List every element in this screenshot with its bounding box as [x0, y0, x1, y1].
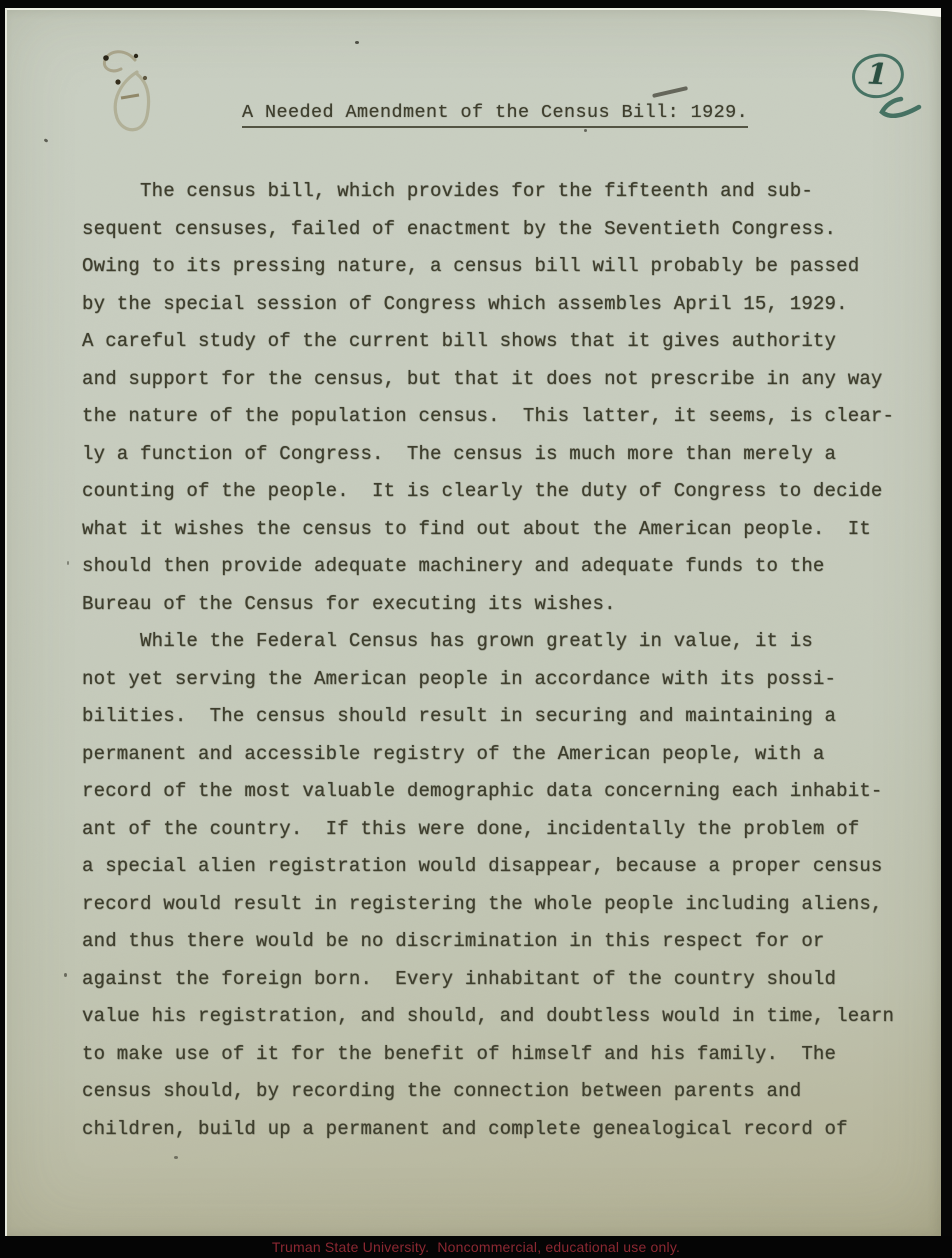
- typed-line: by the special session of Congress which…: [82, 286, 894, 324]
- document-title: A Needed Amendment of the Census Bill: 1…: [242, 102, 748, 128]
- paperclip-impression-mark: [87, 38, 197, 148]
- typed-line: A careful study of the current bill show…: [82, 323, 894, 361]
- dust-speck: [44, 138, 49, 143]
- dust-speck: [67, 561, 69, 565]
- typed-line: and thus there would be no discriminatio…: [82, 923, 894, 961]
- dust-speck: [174, 1156, 178, 1159]
- check-mark-annotation: [875, 95, 927, 125]
- typed-line: not yet serving the American people in a…: [82, 661, 894, 699]
- typed-line: While the Federal Census has grown great…: [82, 623, 894, 661]
- typed-line: to make use of it for the benefit of him…: [82, 1036, 894, 1074]
- dust-speck: [355, 41, 359, 44]
- dust-speck: [64, 973, 67, 977]
- typed-line: sequent censuses, failed of enactment by…: [82, 211, 894, 249]
- typed-line: The census bill, which provides for the …: [82, 173, 894, 211]
- typed-line: permanent and accessible registry of the…: [82, 736, 894, 774]
- typed-line: and support for the census, but that it …: [82, 361, 894, 399]
- typed-line: record would result in registering the w…: [82, 886, 894, 924]
- typed-line: the nature of the population census. Thi…: [82, 398, 894, 436]
- footer-credit-text: Truman State University. Noncommercial, …: [272, 1239, 680, 1255]
- dust-speck: [584, 129, 587, 132]
- typed-line: against the foreign born. Every inhabita…: [82, 961, 894, 999]
- typed-line: value his registration, and should, and …: [82, 998, 894, 1036]
- typed-line: should then provide adequate machinery a…: [82, 548, 894, 586]
- typed-line: bilities. The census should result in se…: [82, 698, 894, 736]
- pencil-dash-mark: [652, 86, 688, 98]
- typed-body: The census bill, which provides for the …: [82, 173, 894, 1148]
- typed-line: ly a function of Congress. The census is…: [82, 436, 894, 474]
- typed-line: children, build up a permanent and compl…: [82, 1111, 894, 1149]
- footer-bar: Truman State University. Noncommercial, …: [0, 1236, 952, 1258]
- typed-line: ant of the country. If this were done, i…: [82, 811, 894, 849]
- typed-line: what it wishes the census to find out ab…: [82, 511, 894, 549]
- typed-line: record of the most valuable demographic …: [82, 773, 894, 811]
- document-page: 1 A Needed Amendment of the Census Bill:…: [5, 8, 941, 1236]
- typed-line: Bureau of the Census for executing its w…: [82, 586, 894, 624]
- typed-line: counting of the people. It is clearly th…: [82, 473, 894, 511]
- typed-line: Owing to its pressing nature, a census b…: [82, 248, 894, 286]
- typed-line: census should, by recording the connecti…: [82, 1073, 894, 1111]
- page-number-annotation: 1: [866, 56, 888, 91]
- typed-line: a special alien registration would disap…: [82, 848, 894, 886]
